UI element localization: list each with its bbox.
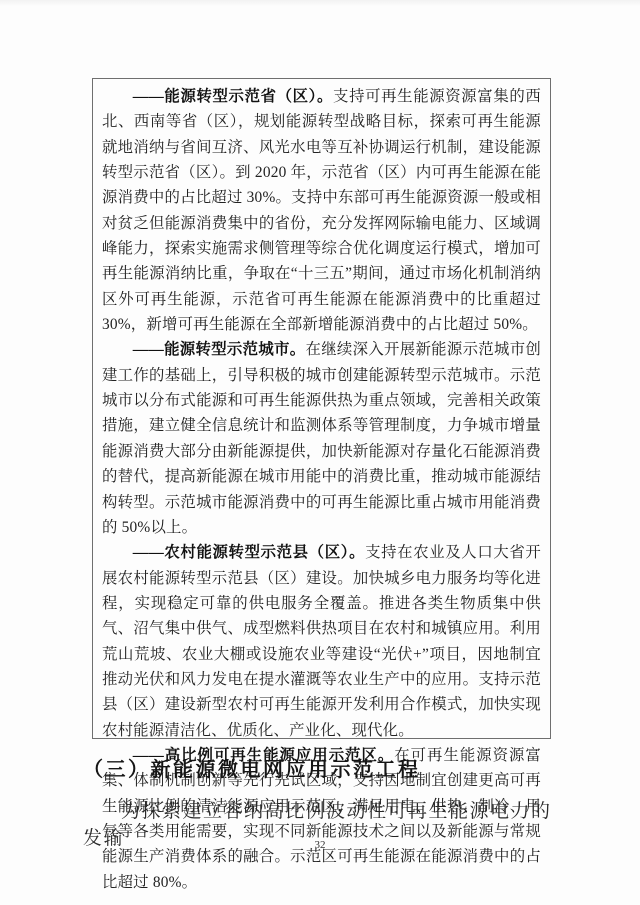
bordered-text-block: ——能源转型示范省（区）。支持可再生能源资源富集的西北、西南等省（区），规划能源…: [92, 78, 551, 739]
page-number: 32: [0, 839, 640, 851]
paragraph-body: 在继续深入开展新能源示范城市创建工作的基础上，引导积极的城市创建能源转型示范城市…: [102, 341, 541, 535]
document-page: ——能源转型示范省（区）。支持可再生能源资源富集的西北、西南等省（区），规划能源…: [0, 0, 640, 905]
paragraph-lead: ——能源转型示范城市。: [133, 341, 306, 358]
paragraph-rural-energy-demo-county: ——农村能源转型示范县（区）。支持在农业及人口大省开展农村能源转型示范县（区）建…: [102, 540, 541, 743]
section-heading: （三）新能源微电网应用示范工程: [83, 753, 563, 782]
paragraph-lead: ——农村能源转型示范县（区）。: [133, 544, 365, 561]
paragraph-lead: ——能源转型示范省（区）。: [133, 88, 333, 105]
paragraph-body: 支持在农业及人口大省开展农村能源转型示范县（区）建设。加快城乡电力服务均等化进程…: [102, 544, 541, 738]
paragraph-energy-demo-city: ——能源转型示范城市。在继续深入开展新能源示范城市创建工作的基础上，引导积极的城…: [102, 337, 541, 540]
paragraph-energy-demo-province: ——能源转型示范省（区）。支持可再生能源资源富集的西北、西南等省（区），规划能源…: [102, 84, 541, 337]
paragraph-body: 支持可再生能源资源富集的西北、西南等省（区），规划能源转型战略目标，探索可再生能…: [102, 88, 541, 333]
scan-edge-shading: [0, 0, 640, 6]
